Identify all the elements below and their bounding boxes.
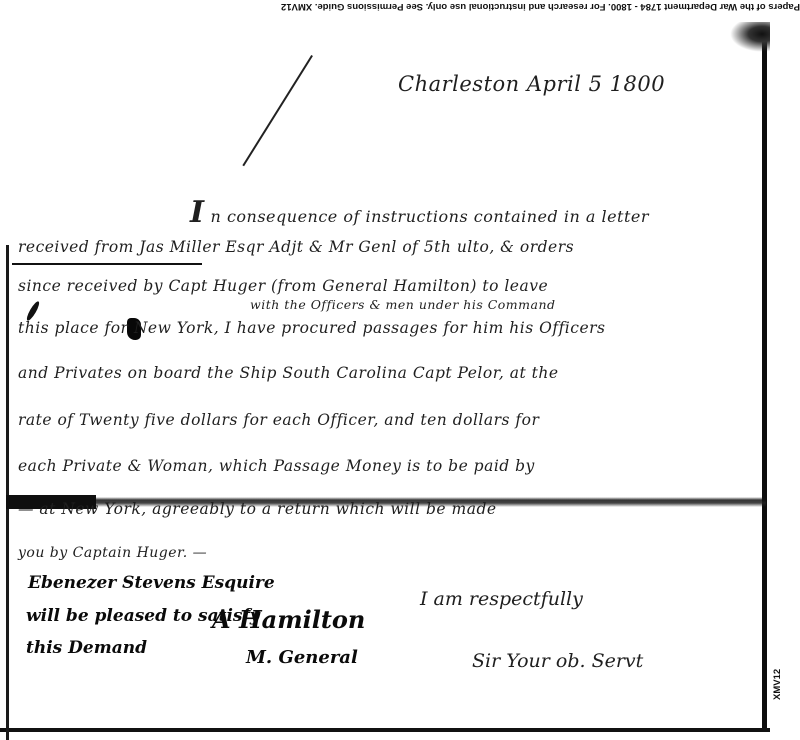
letter-closing: I am respectfully — [420, 588, 583, 610]
letter-line-8: — at New York, agreeably to a return whi… — [18, 500, 497, 518]
hamilton-signature-block: A Hamilton M. General — [212, 605, 365, 673]
letter-signoff: Sir Your ob. Servt — [472, 650, 643, 672]
letter-line-1: In consequence of instructions contained… — [190, 195, 649, 230]
letter-line-1-text: n consequence of instructions contained … — [211, 207, 649, 226]
archive-side-code: XMV12 — [772, 669, 783, 700]
hamilton-signature: A Hamilton — [212, 605, 365, 634]
endorsement-line-1: Ebenezer Stevens Esquire — [28, 573, 275, 593]
letter-line-3: since received by Capt Huger (from Gener… — [18, 277, 548, 295]
letter-line-4: this place for New York, I have procured… — [18, 319, 605, 337]
letter-line-2: received from Jas Miller Esqr Adjt & Mr … — [18, 238, 574, 256]
letter-line-7: each Private & Woman, which Passage Mone… — [18, 457, 535, 475]
endorsement-line-3: this Demand — [26, 638, 147, 658]
opening-initial: I — [190, 195, 205, 230]
archive-header-note: Papers of the War Department 1784 - 1800… — [306, 1, 800, 12]
underline-mark — [12, 263, 202, 265]
scan-edge-right — [762, 28, 767, 728]
letter-line-5: and Privates on board the Ship South Car… — [18, 364, 559, 382]
scan-edge-bottom — [0, 728, 770, 732]
scan-edge-left — [6, 245, 9, 740]
letter-line-6: rate of Twenty five dollars for each Off… — [18, 411, 539, 429]
letter-dateline: Charleston April 5 1800 — [398, 72, 665, 96]
scan-edge-right-top — [730, 22, 770, 52]
letter-interlinear-insert: with the Officers & men under his Comman… — [250, 297, 556, 312]
letter-line-9: you by Captain Huger. — — [18, 545, 207, 561]
hamilton-rank: M. General — [246, 643, 365, 673]
diagonal-pen-stroke — [242, 55, 313, 166]
